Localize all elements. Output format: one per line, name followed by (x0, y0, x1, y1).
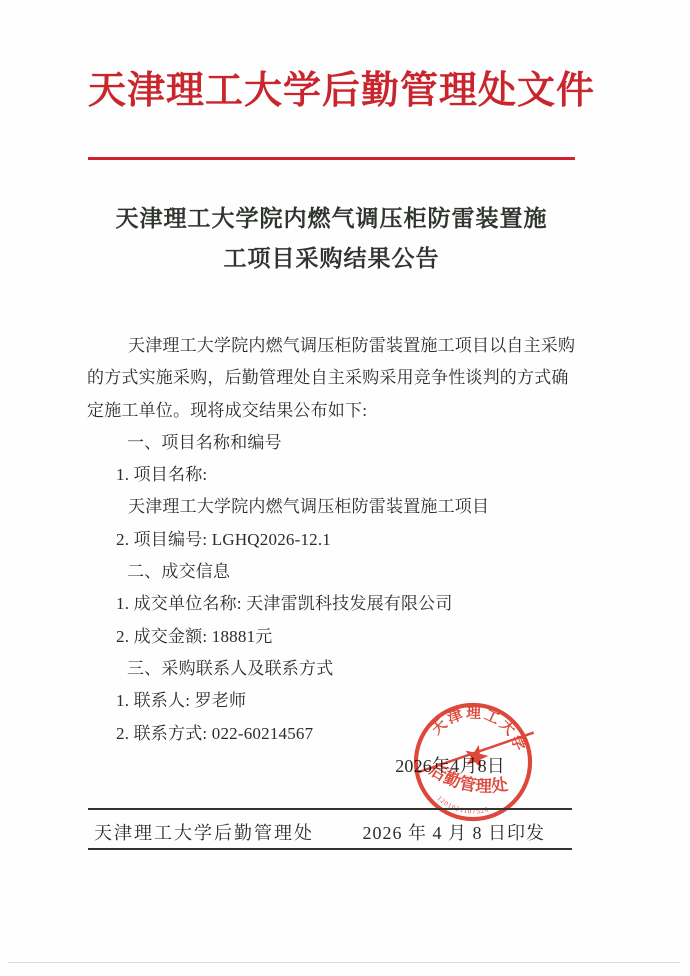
scan-page-edge (8, 962, 680, 963)
announcement-title: 天津理工大学院内燃气调压柜防雷装置施 工项目采购结果公告 (88, 199, 575, 279)
document-page: 天津理工大学后勤管理处文件 天津理工大学院内燃气调压柜防雷装置施 工项目采购结果… (0, 0, 690, 976)
list-item: 1. 项目名称: (87, 459, 575, 491)
footer-print-date: 2026 年 4 月 8 日印发 (363, 819, 546, 845)
project-name-line: 天津理工大学院内燃气调压柜防雷装置施工项目 (87, 491, 575, 523)
list-item: 1. 成交单位名称: 天津雷凯科技发展有限公司 (87, 588, 575, 620)
footer-rule-top (88, 808, 572, 810)
document-header-title: 天津理工大学后勤管理处文件 (88, 68, 575, 114)
body-line: 天津理工大学院内燃气调压柜防雷装置施工项目以自主采购 (87, 330, 575, 362)
section-heading: 一、项目名称和编号 (87, 427, 575, 459)
body-line: 定施工单位。现将成交结果公布如下: (87, 395, 575, 427)
list-item: 2. 项目编号: LGHQ2026-12.1 (87, 524, 575, 556)
list-item: 2. 成交金额: 18881元 (87, 621, 575, 653)
body-line: 的方式实施采购，后勤管理处自主采购采用竞争性谈判的方式确 (87, 362, 575, 394)
announcement-title-line1: 天津理工大学院内燃气调压柜防雷装置施 (88, 199, 575, 239)
footer-rule-bottom (88, 848, 572, 850)
footer-issuer: 天津理工大学后勤管理处 (94, 819, 314, 845)
section-heading: 二、成交信息 (87, 556, 575, 588)
announcement-title-line2: 工项目采购结果公告 (88, 239, 575, 279)
header-red-rule (88, 157, 575, 160)
section-heading: 三、采购联系人及联系方式 (87, 653, 575, 685)
official-seal: 天津理工大学 后勤管理处 1201021107526 (404, 693, 542, 831)
footer-row: 天津理工大学后勤管理处 2026 年 4 月 8 日印发 (88, 819, 572, 843)
